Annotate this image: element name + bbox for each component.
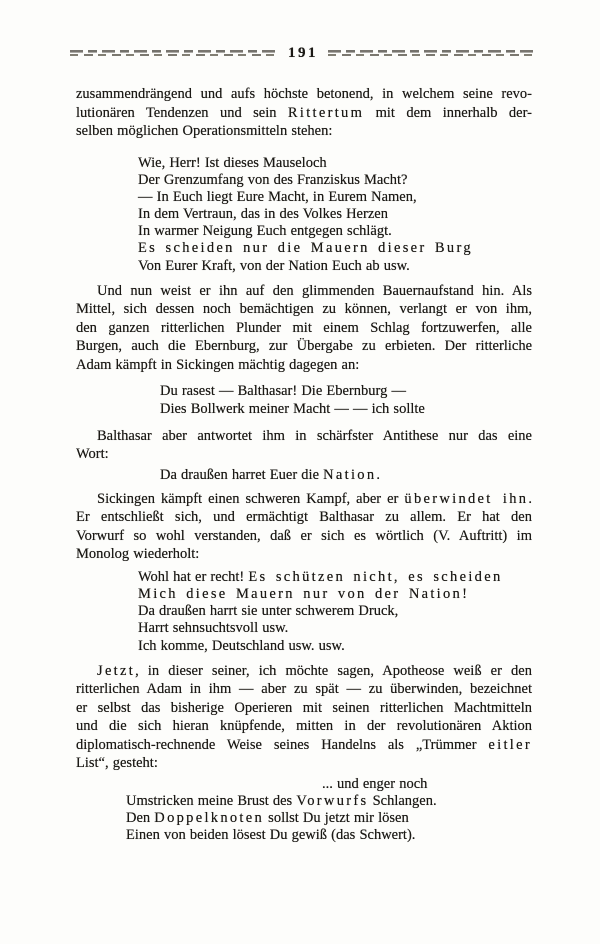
text-segment: ritterlichen Adam in ihm — aber zu spät … [76, 681, 532, 697]
text-segment: er selbst das bisherige Operieren mit se… [76, 700, 532, 716]
text-line: lutionären Tendenzen und sein Rittertum … [76, 104, 532, 123]
text-segment: In dem Vertraun, das in des Volkes Herze… [138, 206, 388, 222]
gesperrt-text: Jetzt [97, 663, 135, 679]
gesperrt-text: Doppelknoten [154, 810, 264, 826]
text-segment: . [376, 467, 380, 483]
text-segment: Und nun weist er ihn auf den glimmenden … [97, 283, 532, 299]
text-line: zusammendrängend und aufs höchste betone… [76, 85, 532, 104]
text-line: Monolog wiederholt: [76, 545, 532, 564]
prose-paragraph: Balthasar aber antwortet ihm in schärfst… [76, 427, 532, 464]
text-segment: Vorwurf so wohl verstanden, daß er sich … [76, 528, 532, 544]
text-line: Sickingen kämpft einen schweren Kampf, a… [76, 490, 532, 509]
text-segment: Mittel, sich dessen noch bemächtigen zu … [76, 301, 532, 317]
verse-block: Wie, Herr! Ist dieses MauselochDer Grenz… [138, 155, 532, 275]
text-segment: Der Grenzumfang von des Franziskus Macht… [138, 172, 407, 188]
text-segment: ... und enger noch [322, 776, 427, 792]
text-line: Mittel, sich dessen noch bemächtigen zu … [76, 300, 532, 319]
header-rule-right [328, 49, 536, 57]
text-segment: , in dieser seiner, ich möchte sagen, Ap… [135, 663, 532, 679]
text-line: Umstricken meine Brust des Vorwurfs Schl… [126, 793, 532, 810]
text-segment: Wohl hat er recht! [138, 569, 248, 585]
gesperrt-text: Es scheiden nur die Mauern dieser Burg [138, 240, 473, 256]
text-line: selben möglichen Operationsmitteln stehe… [76, 122, 532, 141]
text-line: Mich diese Mauern nur von der Nation! [138, 586, 532, 603]
text-segment: Harrt sehnsuchtsvoll usw. [138, 620, 288, 636]
text-segment: Einen von beiden lösest Du gewiß (das Sc… [126, 827, 415, 843]
text-line: Vorwurf so wohl verstanden, daß er sich … [76, 527, 532, 546]
text-segment: Balthasar aber antwortet ihm in schärfst… [97, 428, 532, 444]
book-page-scan: 191 zusammendrängend und aufs höchste be… [0, 0, 600, 944]
text-segment: Du rasest — Balthasar! Die Ebernburg — [160, 383, 406, 399]
verse-block: Du rasest — Balthasar! Die Ebernburg —Di… [160, 383, 532, 417]
text-line: Burgen, auch die Ebernburg, zur Übergabe… [76, 337, 532, 356]
text-segment: In warmer Neigung Euch entgegen schlägt. [138, 223, 392, 239]
verse-block: ... und enger nochUmstricken meine Brust… [126, 776, 532, 845]
text-line: er selbst das bisherige Operieren mit se… [76, 699, 532, 718]
prose-paragraph: zusammendrängend und aufs höchste betone… [76, 85, 532, 141]
text-line: Da draußen harrt sie unter schwerem Druc… [138, 603, 532, 620]
text-segment: selben möglichen Operationsmitteln stehe… [76, 123, 332, 139]
text-segment: — In Euch liegt Eure Macht, in Eurem Nam… [138, 189, 417, 205]
text-segment: . [528, 491, 532, 507]
gesperrt-text: Nation [323, 467, 376, 483]
text-segment: Wort: [76, 446, 109, 462]
text-line: ... und enger noch [126, 776, 532, 793]
prose-paragraph: Jetzt, in dieser seiner, ich möchte sage… [76, 662, 532, 773]
text-segment: lutionären Tendenzen und sein [76, 105, 288, 121]
text-segment: Umstricken meine Brust des [126, 793, 296, 809]
text-line: Harrt sehnsuchtsvoll usw. [138, 620, 532, 637]
text-line: Wohl hat er recht! Es schützen nicht, es… [138, 569, 532, 586]
verse-block: Da draußen harret Euer die Nation. [160, 467, 532, 484]
text-segment: Dies Bollwerk meiner Macht — — ich sollt… [160, 401, 425, 417]
text-segment: Monolog wiederholt: [76, 546, 199, 562]
text-segment: Da draußen harrt sie unter schwerem Druc… [138, 603, 398, 619]
gesperrt-text: Vorwurfs [296, 793, 368, 809]
text-line: — In Euch liegt Eure Macht, in Eurem Nam… [138, 189, 532, 206]
text-line: Wie, Herr! Ist dieses Mauseloch [138, 155, 532, 172]
text-line: Den Doppelknoten sollst Du jetzt mir lös… [126, 810, 532, 827]
text-segment: Den [126, 810, 154, 826]
text-line: ritterlichen Adam in ihm — aber zu spät … [76, 680, 532, 699]
text-line: Und nun weist er ihn auf den glimmenden … [76, 282, 532, 301]
text-segment: Burgen, auch die Ebernburg, zur Übergabe… [76, 338, 532, 354]
prose-paragraph: Und nun weist er ihn auf den glimmenden … [76, 282, 532, 375]
text-segment: Wie, Herr! Ist dieses Mauseloch [138, 155, 327, 171]
text-line: Einen von beiden lösest Du gewiß (das Sc… [126, 827, 532, 844]
text-segment: mit dem innerhalb der- [364, 105, 532, 121]
text-segment: sollst Du jetzt mir lösen [264, 810, 409, 826]
text-line: Adam kämpft in Sickingen mächtig dagegen… [76, 356, 532, 375]
text-line: den ganzen ritterlichen Plunder mit eine… [76, 319, 532, 338]
text-segment: Von Eurer Kraft, von der Nation Euch ab … [138, 258, 410, 274]
text-line: Jetzt, in dieser seiner, ich möchte sage… [76, 662, 532, 681]
text-line: Der Grenzumfang von des Franziskus Macht… [138, 172, 532, 189]
text-segment: Er entschließt sich, und ermächtigt Balt… [76, 509, 532, 525]
text-line: und die sich hieran knüpfende, mitten in… [76, 717, 532, 736]
header-rule-left [70, 49, 278, 57]
text-line: In dem Vertraun, das in des Volkes Herze… [138, 206, 532, 223]
text-line: Dies Bollwerk meiner Macht — — ich sollt… [160, 401, 532, 418]
text-line: Von Eurer Kraft, von der Nation Euch ab … [138, 258, 532, 275]
gesperrt-text: Es schützen nicht, es scheiden [248, 569, 502, 585]
text-segment: zusammendrängend und aufs höchste betone… [76, 86, 532, 102]
text-line: Ich komme, Deutschland usw. usw. [138, 638, 532, 655]
text-segment: diplomatisch-rechnende Weise seines Hand… [76, 737, 488, 753]
gesperrt-text: Mich diese Mauern nur von der Nation! [138, 586, 469, 602]
text-segment: den ganzen ritterlichen Plunder mit eine… [76, 320, 532, 336]
text-column: zusammendrängend und aufs höchste betone… [76, 85, 532, 845]
verse-block: Wohl hat er recht! Es schützen nicht, es… [138, 569, 532, 655]
text-segment: Ich komme, Deutschland usw. usw. [138, 638, 345, 654]
text-line: Er entschließt sich, und ermächtigt Balt… [76, 508, 532, 527]
gesperrt-text: eitler [488, 737, 532, 753]
text-line: Wort: [76, 445, 532, 464]
text-segment: und die sich hieran knüpfende, mitten in… [76, 718, 532, 734]
text-line: In warmer Neigung Euch entgegen schlägt. [138, 223, 532, 240]
text-line: Balthasar aber antwortet ihm in schärfst… [76, 427, 532, 446]
text-line: diplomatisch-rechnende Weise seines Hand… [76, 736, 532, 755]
prose-paragraph: Sickingen kämpft einen schweren Kampf, a… [76, 490, 532, 564]
text-segment: Da draußen harret Euer die [160, 467, 323, 483]
text-line: Du rasest — Balthasar! Die Ebernburg — [160, 383, 532, 400]
gesperrt-text: Rittertum [288, 105, 364, 121]
running-header: 191 [70, 45, 536, 61]
text-segment: Schlangen. [368, 793, 436, 809]
page-number: 191 [287, 45, 319, 61]
text-segment: Sickingen kämpft einen schweren Kampf, a… [97, 491, 404, 507]
text-line: Da draußen harret Euer die Nation. [160, 467, 532, 484]
text-line: List“, gesteht: [76, 754, 532, 773]
text-segment: List“, gesteht: [76, 755, 158, 771]
text-line: Es scheiden nur die Mauern dieser Burg [138, 240, 532, 257]
text-segment: Adam kämpft in Sickingen mächtig dagegen… [76, 357, 359, 373]
gesperrt-text: überwindet ihn [404, 491, 528, 507]
